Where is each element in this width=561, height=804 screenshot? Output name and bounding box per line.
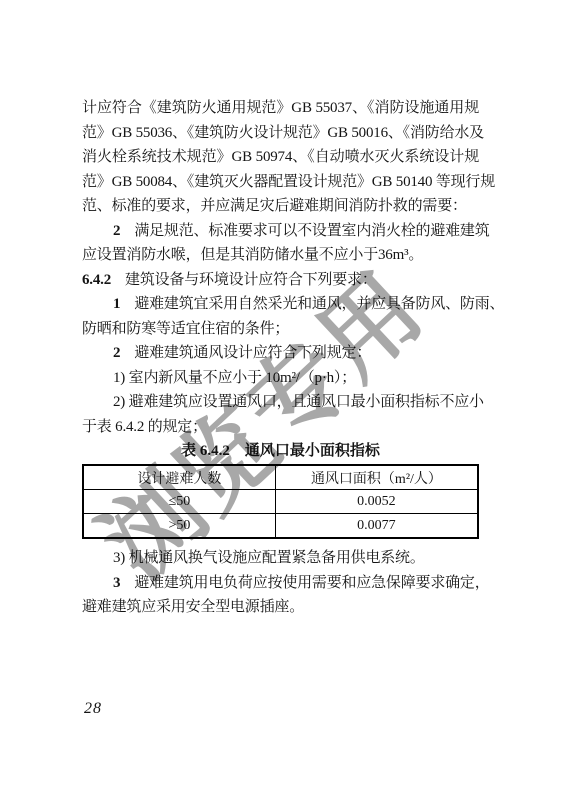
body-line-text: 建筑设备与环境设计应符合下列要求：: [125, 272, 377, 288]
body-line-text: 满足规范、标准要求可以不设置室内消火栓的避难建筑: [134, 223, 489, 239]
body-line: 范》GB 50084、《建筑灭火器配置设计规范》GB 50140 等现行规: [82, 170, 479, 195]
body-line: 6.4.2建筑设备与环境设计应符合下列要求：: [82, 268, 479, 293]
body-line: 消火栓系统技术规范》GB 50974、《自动喷水灭火系统设计规: [82, 145, 479, 170]
cell-people: ≤50: [83, 490, 275, 514]
table-caption: 表 6.4.2 通风口最小面积指标: [82, 439, 479, 464]
body-line: 1) 室内新风量不应小于 10m²/（p·h）；: [82, 366, 479, 391]
body-line-text: 避难建筑宜采用自然采光和通风，并应具备防风、防雨、: [134, 296, 504, 312]
body-line-text: 避难建筑用电负荷应按使用需要和应急保障要求确定，: [134, 575, 489, 591]
body-line-text: 避难建筑通风设计应符合下列规定：: [134, 345, 371, 361]
header-cell-area: 通风口面积（m²/人）: [275, 465, 478, 490]
clause-number: 3: [113, 575, 120, 591]
ventilation-table: 设计避难人数 通风口面积（m²/人） ≤50 0.0052 >50 0.0077: [82, 464, 479, 539]
clause-number: 2: [113, 223, 120, 239]
body-line: 1避难建筑宜采用自然采光和通风，并应具备防风、防雨、: [82, 292, 479, 317]
body-line: 2满足规范、标准要求可以不设置室内消火栓的避难建筑: [82, 219, 479, 244]
body-line: 计应符合《建筑防火通用规范》GB 55037、《消防设施通用规: [82, 96, 479, 121]
clause-number: 2: [113, 345, 120, 361]
body-line: 防晒和防寒等适宜住宿的条件；: [82, 317, 479, 342]
table-header-row: 设计避难人数 通风口面积（m²/人）: [83, 465, 478, 490]
clause-number: 1: [113, 296, 120, 312]
body-line: 2) 避难建筑应设置通风口，且通风口最小面积指标不应小: [82, 390, 479, 415]
document-page: 计应符合《建筑防火通用规范》GB 55037、《消防设施通用规 范》GB 550…: [0, 0, 561, 804]
body-line: 范、标准的要求，并应满足灾后避难期间消防扑救的需要：: [82, 194, 479, 219]
body-line: 3避难建筑用电负荷应按使用需要和应急保障要求确定，: [82, 571, 479, 596]
page-number: 28: [84, 700, 102, 718]
body-line: 3) 机械通风换气设施应配置紧急备用供电系统。: [82, 546, 479, 571]
body-line: 2避难建筑通风设计应符合下列规定：: [82, 341, 479, 366]
header-cell-people: 设计避难人数: [83, 465, 275, 490]
body-line: 范》GB 55036、《建筑防火设计规范》GB 50016、《消防给水及: [82, 121, 479, 146]
cell-area: 0.0077: [275, 514, 478, 539]
body-line: 避难建筑应采用安全型电源插座。: [82, 595, 479, 620]
content-area: 计应符合《建筑防火通用规范》GB 55037、《消防设施通用规 范》GB 550…: [82, 96, 479, 620]
clause-number: 6.4.2: [82, 272, 111, 288]
body-line: 应设置消防水喉，但是其消防储水量不应小于36m³。: [82, 243, 479, 268]
table-row: ≤50 0.0052: [83, 490, 478, 514]
body-line: 于表 6.4.2 的规定；: [82, 415, 479, 440]
cell-people: >50: [83, 514, 275, 539]
cell-area: 0.0052: [275, 490, 478, 514]
table-row: >50 0.0077: [83, 514, 478, 539]
